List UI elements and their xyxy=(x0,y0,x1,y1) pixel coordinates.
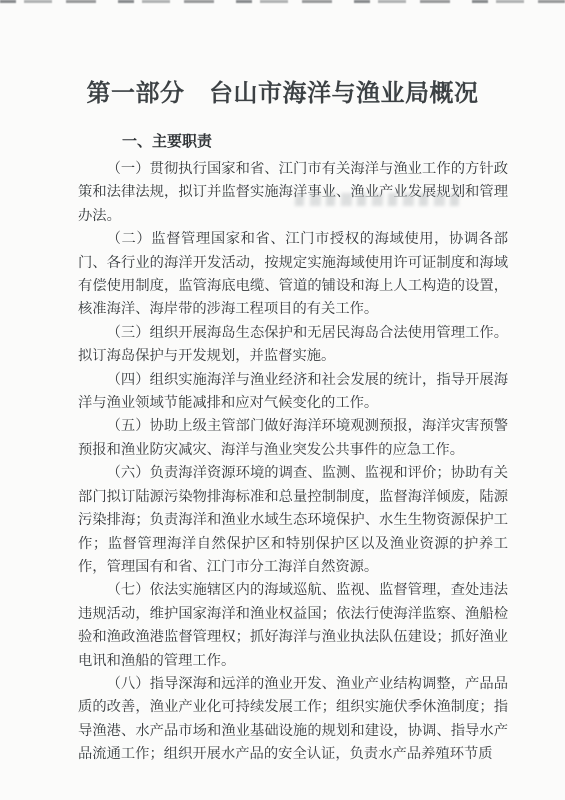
document-body: （一）贯彻执行国家和省、江门市有关海洋与渔业工作的方针政策和法律法规，拟订并监督… xyxy=(78,158,508,767)
paragraph-2: （二）监督管理国家和省、江门市授权的海域使用，协调各部门、各行业的海洋开发活动，… xyxy=(78,228,508,322)
section-heading: 一、主要职责 xyxy=(122,130,565,151)
paragraph-6: （六）负责海洋资源环境的调查、监测、监视和评价；协助有关部门拟订陆源污染物排海标… xyxy=(78,462,508,579)
paragraph-4: （四）组织实施海洋与渔业经济和社会发展的统计，指导开展海洋与渔业领域节能减排和应… xyxy=(78,369,508,416)
bleed-through-artifact xyxy=(295,193,463,206)
paragraph-3: （三）组织开展海岛生态保护和无居民海岛合法使用管理工作。拟订海岛保护与开发规划，… xyxy=(78,322,508,369)
scan-artifact-top-edge xyxy=(0,0,565,3)
scanned-document: { "document": { "title": "第一部分 台山市海洋与渔业局… xyxy=(0,0,565,800)
paragraph-5: （五）协助上级主管部门做好海洋环境观测预报，海洋灾害预警预报和渔业防灾减灾、海洋… xyxy=(78,415,508,462)
document-title: 第一部分 台山市海洋与渔业局概况 xyxy=(0,0,565,108)
paragraph-8: （八）指导深海和远洋的渔业开发、渔业产业结构调整，产品品质的改善，渔业产业化可持… xyxy=(78,673,508,767)
paragraph-7: （七）依法实施辖区内的海域巡航、监视、监督管理，查处违法违规活动，维护国家海洋和… xyxy=(78,579,508,673)
